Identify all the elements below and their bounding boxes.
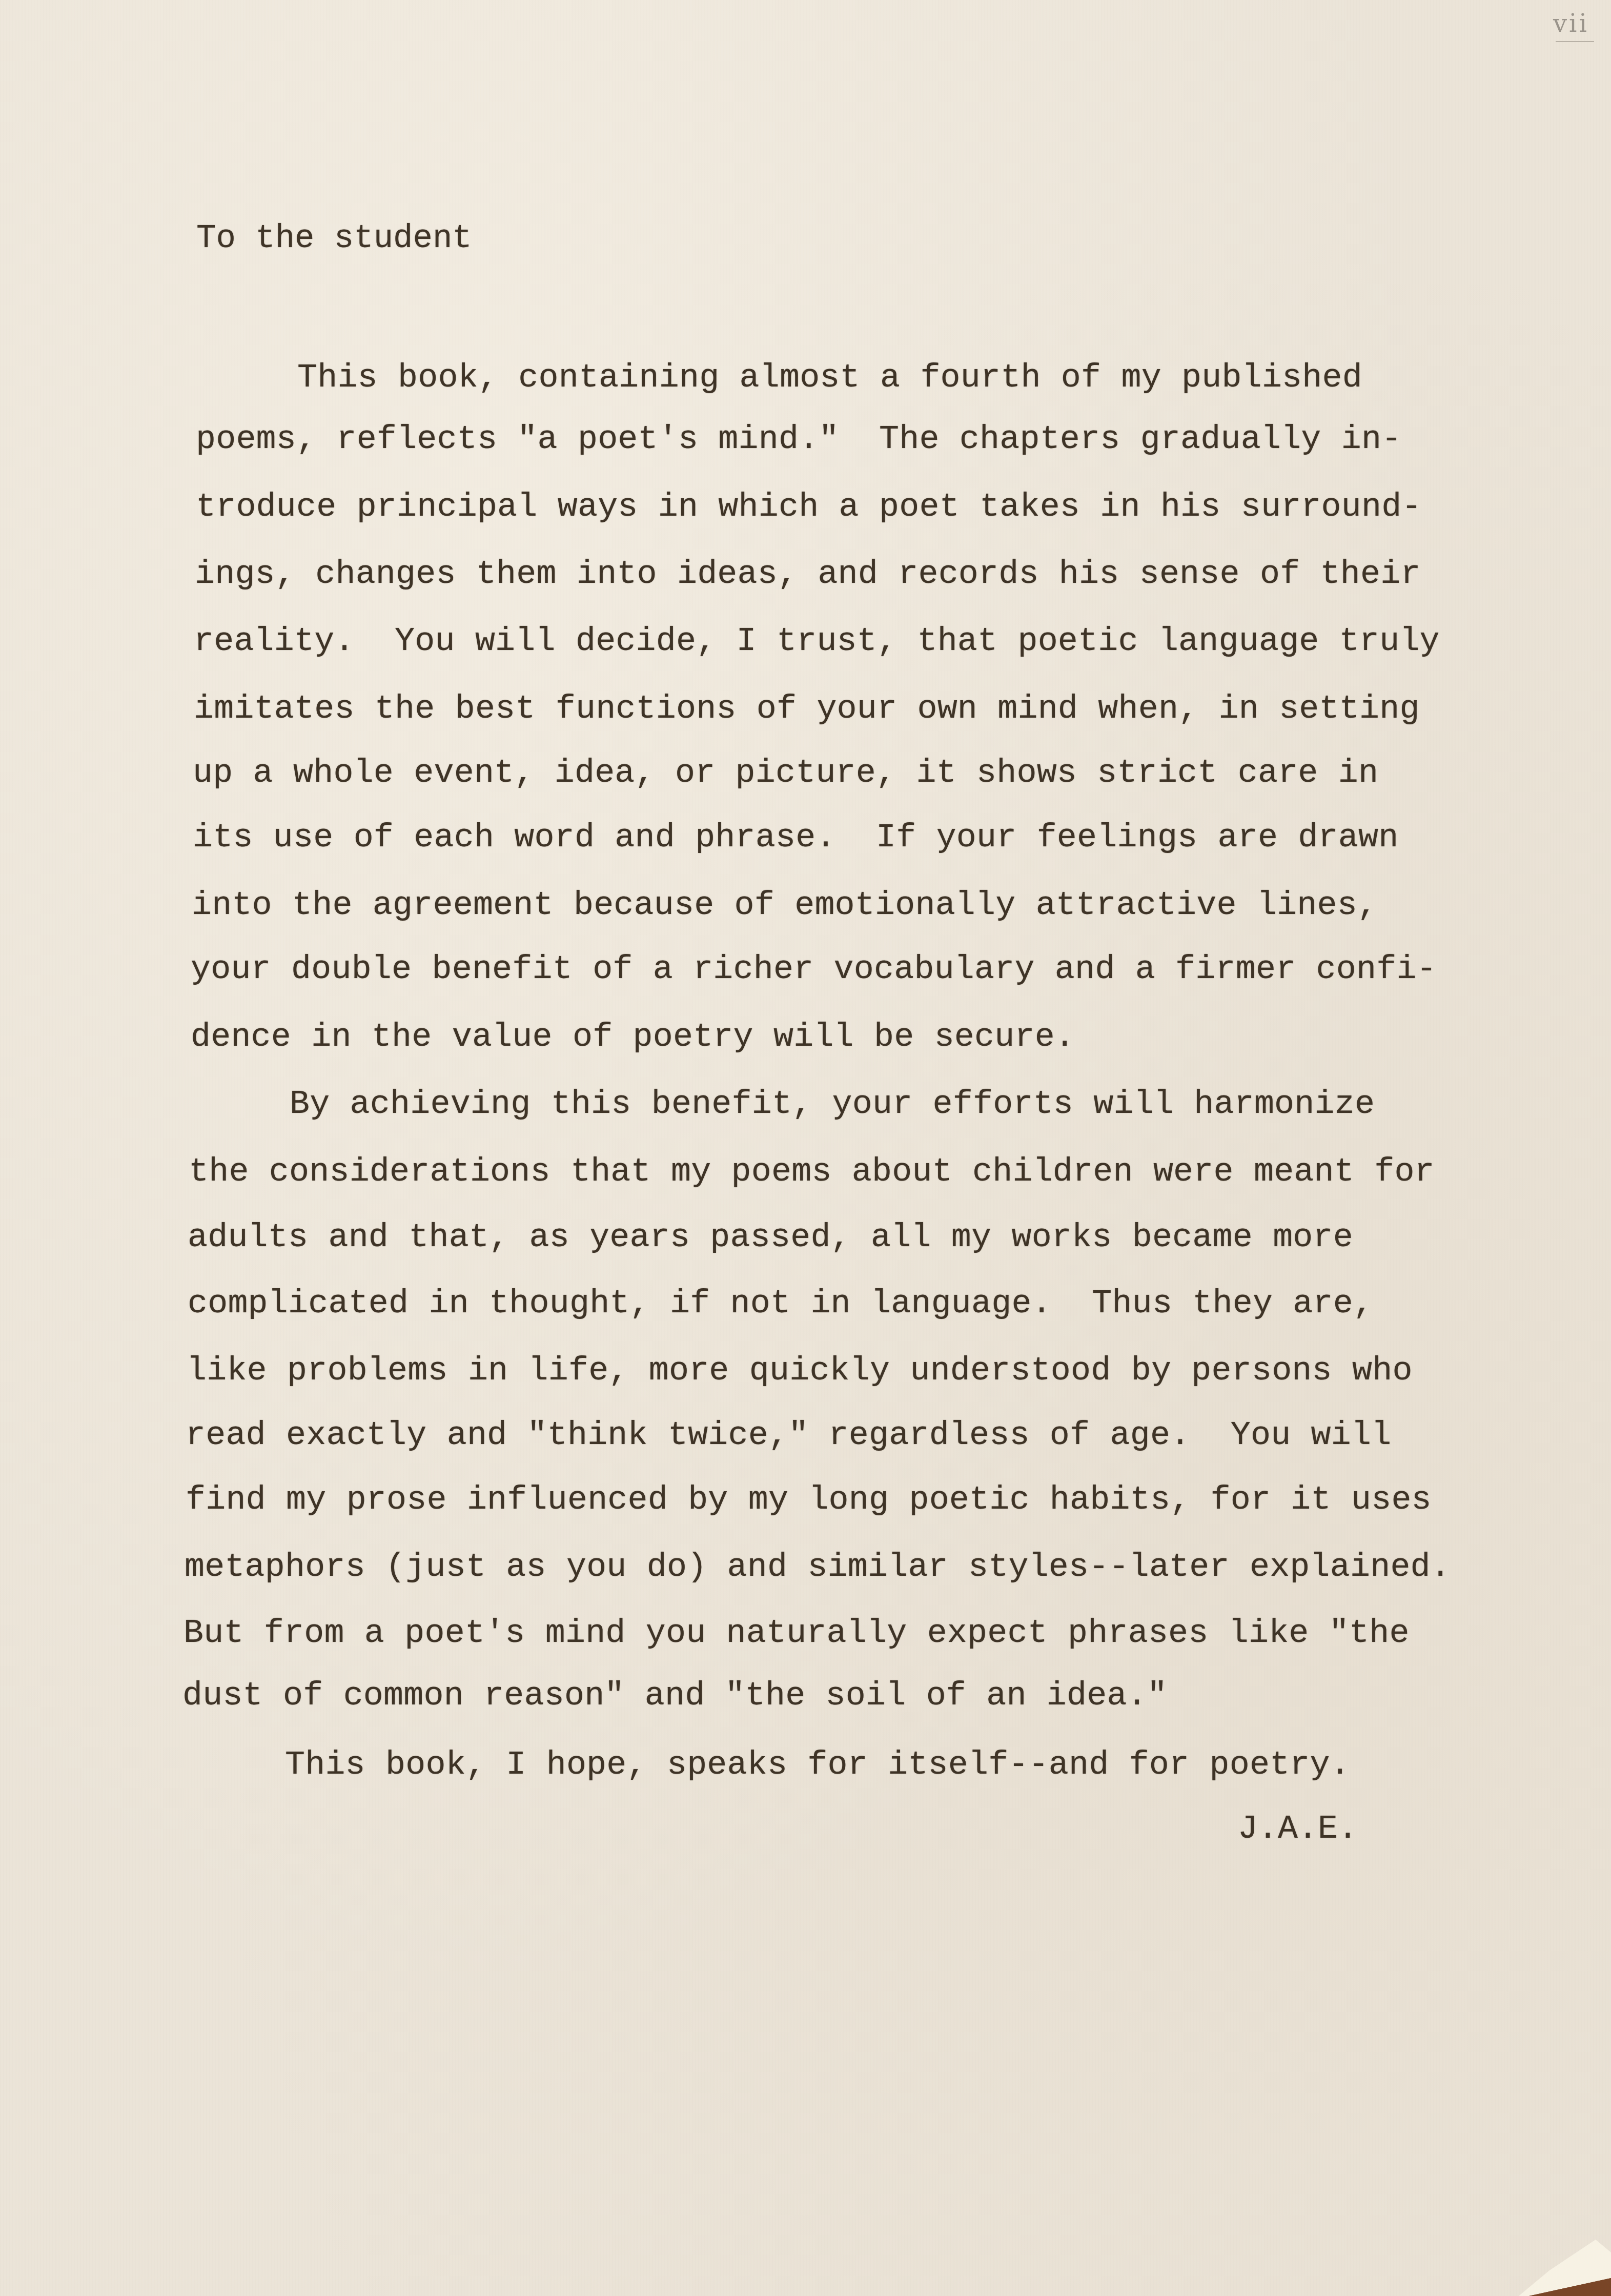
text-line: metaphors (just as you do) and similar s… [185,1547,1451,1588]
text-line: like problems in life, more quickly unde… [187,1350,1413,1391]
text-line: find my prose influenced by my long poet… [186,1479,1432,1520]
page-title: To the student [196,218,472,259]
text-line: troduce principal ways in which a poet t… [196,486,1422,527]
text-line: ings, changes them into ideas, and recor… [195,554,1421,595]
text-line: dence in the value of poetry will be sec… [191,1017,1075,1058]
text-line: reality. You will decide, I trust, that … [194,621,1440,662]
text-line: By achieving this benefit, your efforts … [290,1084,1375,1125]
text-line: read exactly and "think twice," regardle… [186,1415,1391,1456]
text-line: But from a poet's mind you naturally exp… [183,1613,1410,1654]
page-number: vii [1553,9,1589,38]
text-line: poems, reflects "a poet's mind." The cha… [196,419,1401,460]
text-line: up a whole event, idea, or picture, it s… [193,753,1378,794]
text-line: adults and that, as years passed, all my… [188,1217,1353,1258]
text-line: dust of common reason" and "the soil of … [182,1675,1167,1716]
text-line: complicated in thought, if not in langua… [188,1283,1373,1324]
page-number-underline [1556,41,1594,42]
text-line: your double benefit of a richer vocabula… [191,949,1437,990]
author-initials: J.A.E. [1238,1809,1358,1850]
typewritten-page: vii To the student This book, containing… [0,0,1611,2296]
text-line: its use of each word and phrase. If your… [193,817,1398,858]
folded-corner-icon [1457,2240,1611,2296]
text-line: This book, containing almost a fourth of… [297,357,1362,398]
text-line: into the agreement because of emotionall… [192,885,1377,926]
text-line: imitates the best functions of your own … [194,688,1420,729]
text-line: This book, I hope, speaks for itself--an… [285,1744,1350,1785]
text-line: the considerations that my poems about c… [189,1151,1435,1192]
